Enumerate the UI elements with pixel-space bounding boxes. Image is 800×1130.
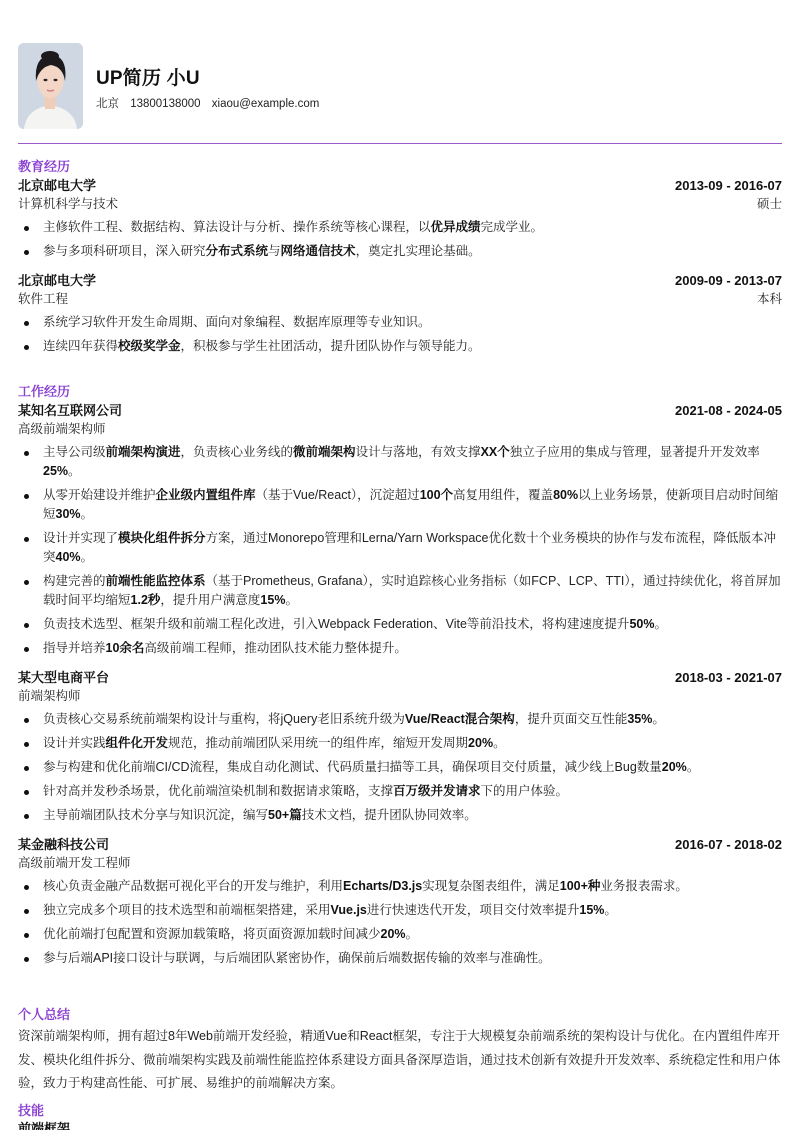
resume-header: UP简历 小U 北京 13800138000 xiaou@example.com [18, 43, 782, 129]
education-section: 教育经历 北京邮电大学2013-09 - 2016-07计算机科学与技术硕士主修… [18, 158, 782, 361]
bullet-highlight: 模块化组件拆分 [118, 531, 206, 545]
school-name: 北京邮电大学 [18, 176, 96, 195]
education-list: 北京邮电大学2013-09 - 2016-07计算机科学与技术硕士主修软件工程、… [18, 176, 782, 356]
bullet-item: 核心负责金融产品数据可视化平台的开发与维护，利用Echarts/D3.js实现复… [18, 877, 782, 896]
bullet-text: 实现复杂图表组件，满足 [422, 879, 560, 893]
contact-city: 北京 [96, 98, 119, 110]
bullet-text: 。 [654, 617, 667, 631]
summary-text: 资深前端架构师，拥有超过8年Web前端开发经验，精通Vue和React框架，专注… [18, 1025, 782, 1096]
bullet-highlight: 50% [629, 617, 654, 631]
bullet-text: 与 [268, 244, 281, 258]
bullet-highlight: 优异成绩 [431, 220, 481, 234]
bullet-list: 主修软件工程、数据结构、算法设计与分析、操作系统等核心课程，以优异成绩完成学业。… [18, 218, 782, 261]
bullet-highlight: 100+种 [560, 879, 601, 893]
section-title-skills: 技能 [18, 1102, 782, 1120]
bullet-text: ，奠定扎实理论基础。 [356, 244, 481, 258]
bullet-highlight: 分布式系统 [206, 244, 269, 258]
bullet-highlight: 20% [468, 736, 493, 750]
bullet-item: 系统学习软件开发生命周期、面向对象编程、数据库原理等专业知识。 [18, 313, 782, 332]
bullet-item: 独立完成多个项目的技术选型和前端框架搭建，采用Vue.js进行快速迭代开发，项目… [18, 901, 782, 920]
bullet-text: 从零开始建设并维护 [43, 488, 156, 502]
bullet-list: 主导公司级前端架构演进，负责核心业务线的微前端架构设计与落地，有效支撑XX个独立… [18, 443, 782, 658]
entry-header: 北京邮电大学2013-09 - 2016-07 [18, 176, 782, 195]
entry-header: 某金融科技公司2016-07 - 2018-02 [18, 835, 782, 854]
bullet-highlight: Echarts/D3.js [343, 879, 422, 893]
bullet-highlight: 1.2秒 [131, 593, 161, 607]
major: 软件工程 [18, 290, 68, 309]
bullet-highlight: XX个 [481, 445, 510, 459]
bullet-text: 设计与落地，有效支撑 [356, 445, 481, 459]
section-title-work: 工作经历 [18, 383, 782, 401]
bullet-list: 核心负责金融产品数据可视化平台的开发与维护，利用Echarts/D3.js实现复… [18, 877, 782, 968]
date-range: 2016-07 - 2018-02 [675, 835, 782, 854]
entry-header: 某知名互联网公司2021-08 - 2024-05 [18, 401, 782, 420]
skill-group-title: 前端框架 [18, 1120, 782, 1130]
date-range: 2009-09 - 2013-07 [675, 271, 782, 290]
bullet-text: 设计并实现了 [43, 531, 118, 545]
major: 计算机科学与技术 [18, 195, 118, 214]
bullet-text: 高级前端工程师，推动团队技术能力整体提升。 [144, 641, 407, 655]
bullet-highlight: 组件化开发 [106, 736, 169, 750]
bullet-text: 连续四年获得 [43, 339, 118, 353]
work-entry: 某金融科技公司2016-07 - 2018-02高级前端开发工程师核心负责金融产… [18, 835, 782, 968]
work-list: 某知名互联网公司2021-08 - 2024-05高级前端架构师主导公司级前端架… [18, 401, 782, 968]
degree: 本科 [757, 290, 782, 309]
bullet-text: ，负责核心业务线的 [181, 445, 294, 459]
education-entry: 北京邮电大学2013-09 - 2016-07计算机科学与技术硕士主修软件工程、… [18, 176, 782, 261]
bullet-text: 负责核心交易系统前端架构设计与重构，将jQuery老旧系统升级为 [43, 712, 405, 726]
header-divider [18, 143, 782, 144]
bullet-highlight: Vue.js [331, 903, 367, 917]
bullet-highlight: 前端架构演进 [106, 445, 181, 459]
bullet-item: 参与多项科研项目，深入研究分布式系统与网络通信技术，奠定扎实理论基础。 [18, 242, 782, 261]
candidate-name: UP简历 小U [96, 63, 200, 90]
bullet-item: 从零开始建设并维护企业级内置组件库（基于Vue/React），沉淀超过100个高… [18, 486, 782, 524]
bullet-highlight: 100个 [420, 488, 453, 502]
bullet-text: 参与后端API接口设计与联调，与后端团队紧密协作，确保前后端数据传输的效率与准确… [43, 951, 551, 965]
school-name: 北京邮电大学 [18, 271, 96, 290]
date-range: 2021-08 - 2024-05 [675, 401, 782, 420]
education-entry: 北京邮电大学2009-09 - 2013-07软件工程本科系统学习软件开发生命周… [18, 271, 782, 356]
bullet-text: 。 [406, 927, 419, 941]
bullet-item: 参与构建和优化前端CI/CD流程，集成自动化测试、代码质量扫描等工具，确保项目交… [18, 758, 782, 777]
degree: 硕士 [757, 195, 782, 214]
bullet-item: 设计并实践组件化开发规范，推动前端团队采用统一的组件库，缩短开发周期20%。 [18, 734, 782, 753]
job-role: 高级前端开发工程师 [18, 854, 131, 873]
entry-subheader: 软件工程本科 [18, 290, 782, 309]
bullet-text: 。 [81, 507, 94, 521]
bullet-text: 主导公司级 [43, 445, 106, 459]
bullet-text: 主修软件工程、数据结构、算法设计与分析、操作系统等核心课程，以 [43, 220, 431, 234]
bullet-highlight: 80% [553, 488, 578, 502]
bullet-text: 参与构建和优化前端CI/CD流程，集成自动化测试、代码质量扫描等工具，确保项目交… [43, 760, 662, 774]
bullet-item: 连续四年获得校级奖学金，积极参与学生社团活动，提升团队协作与领导能力。 [18, 337, 782, 356]
bullet-text: （基于Vue/React），沉淀超过 [256, 488, 420, 502]
profile-photo [18, 43, 83, 129]
work-entry: 某知名互联网公司2021-08 - 2024-05高级前端架构师主导公司级前端架… [18, 401, 782, 658]
bullet-item: 主修软件工程、数据结构、算法设计与分析、操作系统等核心课程，以优异成绩完成学业。 [18, 218, 782, 237]
bullet-highlight: 网络通信技术 [281, 244, 356, 258]
bullet-highlight: 百万级并发请求 [393, 784, 481, 798]
bullet-text: 核心负责金融产品数据可视化平台的开发与维护，利用 [43, 879, 343, 893]
bullet-list: 系统学习软件开发生命周期、面向对象编程、数据库原理等专业知识。连续四年获得校级奖… [18, 313, 782, 356]
bullet-text: 业务报表需求。 [600, 879, 688, 893]
job-role: 高级前端架构师 [18, 420, 106, 439]
bullet-highlight: 20% [662, 760, 687, 774]
bullet-text: 。 [652, 712, 665, 726]
bullet-highlight: 10余名 [106, 641, 145, 655]
bullet-text: 。 [81, 550, 94, 564]
date-range: 2013-09 - 2016-07 [675, 176, 782, 195]
bullet-text: 高复用组件，覆盖 [453, 488, 553, 502]
bullet-text: 指导并培养 [43, 641, 106, 655]
bullet-text: ，提升用户满意度 [160, 593, 260, 607]
entry-subheader: 高级前端架构师 [18, 420, 782, 439]
bullet-text: 。 [687, 760, 700, 774]
bullet-text: 参与多项科研项目，深入研究 [43, 244, 206, 258]
bullet-highlight: 前端性能监控体系 [106, 574, 206, 588]
section-title-summary: 个人总结 [18, 1006, 782, 1024]
bullet-item: 针对高并发秒杀场景，优化前端渲染机制和数据请求策略，支撑百万级并发请求下的用户体… [18, 782, 782, 801]
bullet-item: 负责核心交易系统前端架构设计与重构，将jQuery老旧系统升级为Vue/Reac… [18, 710, 782, 729]
date-range: 2018-03 - 2021-07 [675, 668, 782, 687]
bullet-text: 主导前端团队技术分享与知识沉淀，编写 [43, 808, 268, 822]
bullet-item: 设计并实现了模块化组件拆分方案，通过Monorepo管理和Lerna/Yarn … [18, 529, 782, 567]
bullet-text: 优化前端打包配置和资源加载策略，将页面资源加载时间减少 [43, 927, 381, 941]
bullet-highlight: 35% [627, 712, 652, 726]
bullet-item: 主导前端团队技术分享与知识沉淀，编写50+篇技术文档，提升团队协同效率。 [18, 806, 782, 825]
bullet-highlight: 25% [43, 464, 68, 478]
bullet-highlight: 20% [381, 927, 406, 941]
bullet-item: 构建完善的前端性能监控体系（基于Prometheus, Grafana），实时追… [18, 572, 782, 610]
bullet-text: 负责技术选型、框架升级和前端工程化改进，引入Webpack Federation… [43, 617, 629, 631]
company-name: 某大型电商平台 [18, 668, 109, 687]
bullet-highlight: 校级奖学金 [118, 339, 181, 353]
entry-subheader: 高级前端开发工程师 [18, 854, 782, 873]
bullet-text: ，提升页面交互性能 [515, 712, 628, 726]
bullet-text: 独立完成多个项目的技术选型和前端框架搭建，采用 [43, 903, 331, 917]
bullet-highlight: 15% [260, 593, 285, 607]
bullet-item: 指导并培养10余名高级前端工程师，推动团队技术能力整体提升。 [18, 639, 782, 658]
bullet-item: 负责技术选型、框架升级和前端工程化改进，引入Webpack Federation… [18, 615, 782, 634]
bullet-text: 。 [68, 464, 81, 478]
bullet-text: 设计并实践 [43, 736, 106, 750]
bullet-highlight: 40% [56, 550, 81, 564]
contact-email[interactable]: xiaou@example.com [212, 98, 320, 110]
bullet-text: 。 [285, 593, 298, 607]
work-section: 工作经历 某知名互联网公司2021-08 - 2024-05高级前端架构师主导公… [18, 383, 782, 973]
summary-section: 个人总结 资深前端架构师，拥有超过8年Web前端开发经验，精通Vue和React… [18, 1006, 782, 1096]
entry-subheader: 计算机科学与技术硕士 [18, 195, 782, 214]
entry-header: 北京邮电大学2009-09 - 2013-07 [18, 271, 782, 290]
job-role: 前端架构师 [18, 687, 81, 706]
person-portrait-icon [18, 43, 83, 129]
bullet-text: 构建完善的 [43, 574, 106, 588]
bullet-text: 规范，推动前端团队采用统一的组件库，缩短开发周期 [168, 736, 468, 750]
bullet-list: 负责核心交易系统前端架构设计与重构，将jQuery老旧系统升级为Vue/Reac… [18, 710, 782, 825]
bullet-text: 。 [493, 736, 506, 750]
bullet-item: 主导公司级前端架构演进，负责核心业务线的微前端架构设计与落地，有效支撑XX个独立… [18, 443, 782, 481]
bullet-highlight: 30% [56, 507, 81, 521]
bullet-highlight: 企业级内置组件库 [156, 488, 256, 502]
bullet-text: ，积极参与学生社团活动，提升团队协作与领导能力。 [181, 339, 481, 353]
work-entry: 某大型电商平台2018-03 - 2021-07前端架构师负责核心交易系统前端架… [18, 668, 782, 825]
contact-info: 北京 13800138000 xiaou@example.com [96, 95, 327, 111]
bullet-highlight: 15% [579, 903, 604, 917]
section-title-education: 教育经历 [18, 158, 782, 176]
contact-phone[interactable]: 13800138000 [130, 98, 200, 110]
entry-header: 某大型电商平台2018-03 - 2021-07 [18, 668, 782, 687]
bullet-highlight: 50+篇 [268, 808, 302, 822]
bullet-highlight: 微前端架构 [293, 445, 356, 459]
bullet-item: 优化前端打包配置和资源加载策略，将页面资源加载时间减少20%。 [18, 925, 782, 944]
bullet-text: 系统学习软件开发生命周期、面向对象编程、数据库原理等专业知识。 [43, 315, 431, 329]
bullet-text: 。 [604, 903, 617, 917]
skills-section: 技能 前端框架 [18, 1102, 782, 1130]
bullet-text: 针对高并发秒杀场景，优化前端渲染机制和数据请求策略，支撑 [43, 784, 393, 798]
bullet-text: 完成学业。 [481, 220, 544, 234]
company-name: 某知名互联网公司 [18, 401, 122, 420]
bullet-text: 技术文档，提升团队协同效率。 [302, 808, 477, 822]
bullet-text: 独立子应用的集成与管理，显著提升开发效率 [510, 445, 760, 459]
bullet-text: 进行快速迭代开发，项目交付效率提升 [367, 903, 580, 917]
entry-subheader: 前端架构师 [18, 687, 782, 706]
bullet-text: 下的用户体验。 [481, 784, 569, 798]
company-name: 某金融科技公司 [18, 835, 109, 854]
bullet-item: 参与后端API接口设计与联调，与后端团队紧密协作，确保前后端数据传输的效率与准确… [18, 949, 782, 968]
bullet-highlight: Vue/React混合架构 [405, 712, 515, 726]
